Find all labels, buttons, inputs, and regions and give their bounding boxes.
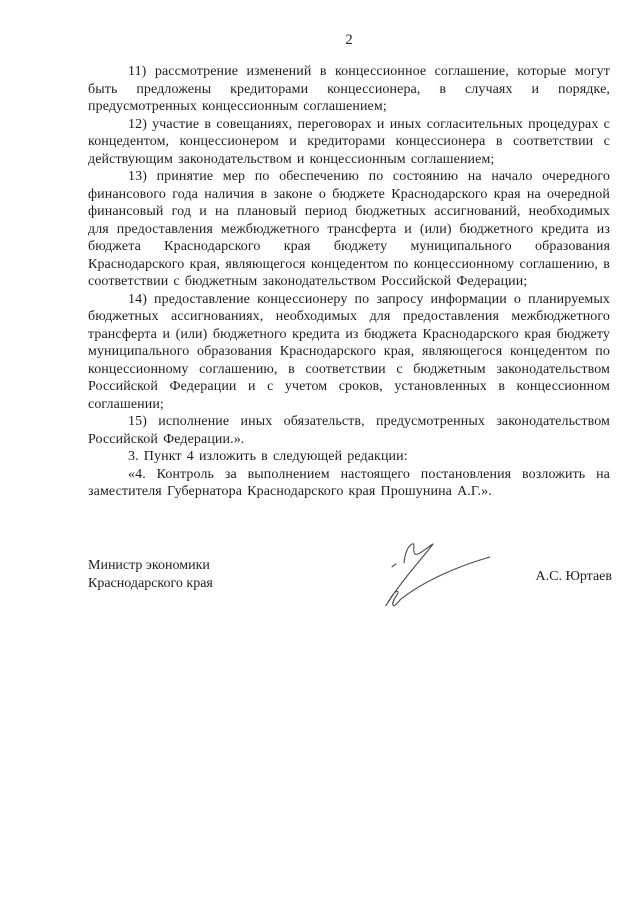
paragraph-12: 12) участие в совещаниях, переговорах и … <box>88 116 610 169</box>
paragraph-13: 13) принятие мер по обеспечению по состо… <box>88 168 610 291</box>
page-number: 2 <box>88 32 610 49</box>
signatory-title-line2: Краснодарского края <box>88 575 213 593</box>
signatory-title-line1: Министр экономики <box>88 557 213 575</box>
document-body: 11) рассмотрение изменений в концессионн… <box>88 63 610 501</box>
signatory-name: А.С. Юртаев <box>536 569 612 585</box>
signature-dash-stroke <box>392 564 396 567</box>
signatory-title: Министр экономики Краснодарского края <box>88 557 213 592</box>
paragraph-point-3: 3. Пункт 4 изложить в следующей редакции… <box>88 448 610 466</box>
paragraph-11: 11) рассмотрение изменений в концессионн… <box>88 63 610 116</box>
paragraph-14: 14) предоставление концессионеру по запр… <box>88 291 610 414</box>
document-page: 2 11) рассмотрение изменений в концессио… <box>0 0 640 905</box>
signature-main-stroke <box>386 544 490 606</box>
paragraph-point-4: «4. Контроль за выполнением настоящего п… <box>88 466 610 501</box>
paragraph-15: 15) исполнение иных обязательств, предус… <box>88 413 610 448</box>
handwritten-signature <box>335 520 535 620</box>
